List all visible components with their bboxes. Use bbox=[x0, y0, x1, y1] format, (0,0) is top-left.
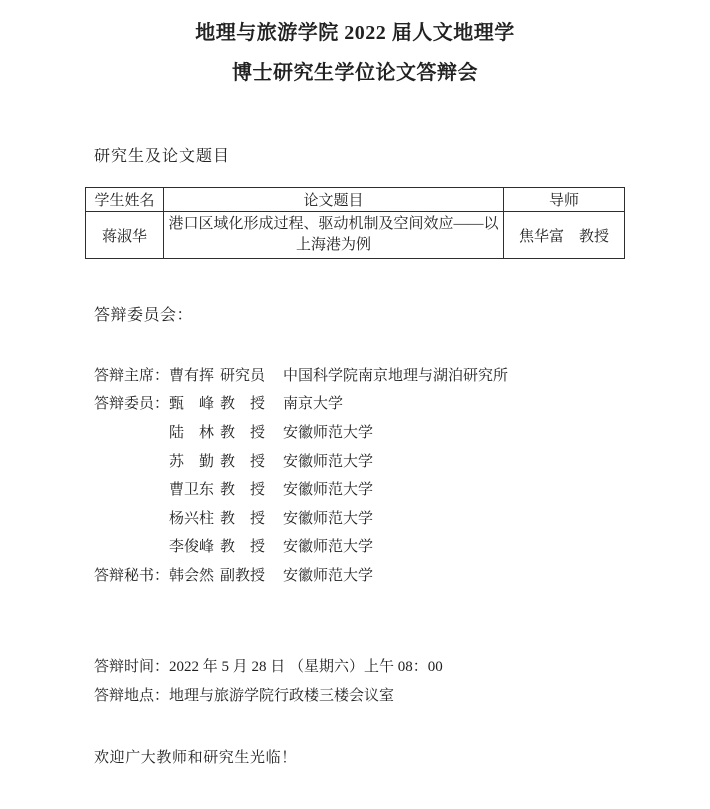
thesis-title-cell: 港口区域化形成过程、驱动机制及空间效应——以上海港为例 bbox=[164, 212, 504, 259]
member-name: 苏 勤 bbox=[169, 450, 220, 471]
column-header-advisor: 导师 bbox=[504, 188, 625, 212]
member-title: 教 授 bbox=[220, 421, 283, 442]
member-affiliation: 安徽师范大学 bbox=[283, 450, 373, 471]
secretary-name: 韩会然 bbox=[169, 564, 220, 585]
student-name-cell: 蒋淑华 bbox=[86, 212, 164, 259]
defense-announcement-document: 地理与旅游学院 2022 届人文地理学 博士研究生学位论文答辩会 研究生及论文题… bbox=[0, 0, 710, 809]
committee-secretary-row: 答辩秘书： 韩会然 副教授 安徽师范大学 bbox=[94, 560, 508, 589]
member-title: 教 授 bbox=[220, 507, 283, 528]
chair-affiliation: 中国科学院南京地理与湖泊研究所 bbox=[283, 364, 508, 385]
member-title: 教 授 bbox=[220, 450, 283, 471]
defense-time-row: 答辩时间： 2022 年 5 月 28 日 （星期六）上午 08：00 bbox=[94, 655, 443, 675]
column-header-thesis: 论文题目 bbox=[164, 188, 504, 212]
member-name: 甄 峰 bbox=[169, 392, 220, 413]
defense-place-row: 答辩地点： 地理与旅游学院行政楼三楼会议室 bbox=[94, 684, 394, 704]
committee-member-row: 杨兴柱 教 授 安徽师范大学 bbox=[94, 503, 508, 532]
committee-heading: 答辩委员会： bbox=[94, 306, 193, 325]
member-name: 陆 林 bbox=[169, 421, 220, 442]
students-table: 学生姓名 论文题目 导师 蒋淑华 港口区域化形成过程、驱动机制及空间效应——以上… bbox=[85, 187, 625, 259]
member-name: 李俊峰 bbox=[169, 535, 220, 556]
table-row: 蒋淑华 港口区域化形成过程、驱动机制及空间效应——以上海港为例 焦华富 教授 bbox=[86, 212, 625, 259]
member-affiliation: 安徽师范大学 bbox=[283, 421, 373, 442]
member-title: 教 授 bbox=[220, 392, 283, 413]
committee-member-row: 陆 林 教 授 安徽师范大学 bbox=[94, 417, 508, 446]
member-title: 教 授 bbox=[220, 535, 283, 556]
member-name: 曹卫东 bbox=[169, 478, 220, 499]
committee-member-row: 答辩委员： 甄 峰 教 授 南京大学 bbox=[94, 389, 508, 418]
document-title-line2: 博士研究生学位论文答辩会 bbox=[0, 61, 710, 85]
member-affiliation: 安徽师范大学 bbox=[283, 507, 373, 528]
member-title: 教 授 bbox=[220, 478, 283, 499]
members-label: 答辩委员： bbox=[94, 392, 169, 413]
chair-title: 研究员 bbox=[220, 364, 283, 385]
advisor-cell: 焦华富 教授 bbox=[504, 212, 625, 259]
committee-list: 答辩主席： 曹有挥 研究员 中国科学院南京地理与湖泊研究所 答辩委员： 甄 峰 … bbox=[94, 360, 508, 589]
committee-member-row: 曹卫东 教 授 安徽师范大学 bbox=[94, 474, 508, 503]
defense-time-value: 2022 年 5 月 28 日 （星期六）上午 08：00 bbox=[169, 655, 443, 676]
member-name: 杨兴柱 bbox=[169, 507, 220, 528]
document-title-line1: 地理与旅游学院 2022 届人文地理学 bbox=[0, 21, 710, 45]
committee-chair-row: 答辩主席： 曹有挥 研究员 中国科学院南京地理与湖泊研究所 bbox=[94, 360, 508, 389]
member-affiliation: 安徽师范大学 bbox=[283, 478, 373, 499]
committee-member-row: 苏 勤 教 授 安徽师范大学 bbox=[94, 446, 508, 475]
secretary-title: 副教授 bbox=[220, 564, 283, 585]
students-section-label: 研究生及论文题目 bbox=[94, 147, 230, 167]
column-header-student: 学生姓名 bbox=[86, 188, 164, 212]
defense-place-value: 地理与旅游学院行政楼三楼会议室 bbox=[169, 684, 394, 705]
committee-member-row: 李俊峰 教 授 安徽师范大学 bbox=[94, 532, 508, 561]
secretary-label: 答辩秘书： bbox=[94, 564, 169, 585]
chair-label: 答辩主席： bbox=[94, 364, 169, 385]
secretary-affiliation: 安徽师范大学 bbox=[283, 564, 373, 585]
closing-welcome-line: 欢迎广大教师和研究生光临！ bbox=[94, 748, 297, 768]
defense-time-label: 答辩时间： bbox=[94, 655, 169, 676]
member-affiliation: 安徽师范大学 bbox=[283, 535, 373, 556]
member-affiliation: 南京大学 bbox=[283, 392, 343, 413]
chair-name: 曹有挥 bbox=[169, 364, 220, 385]
defense-place-label: 答辩地点： bbox=[94, 684, 169, 705]
table-header-row: 学生姓名 论文题目 导师 bbox=[86, 188, 625, 212]
